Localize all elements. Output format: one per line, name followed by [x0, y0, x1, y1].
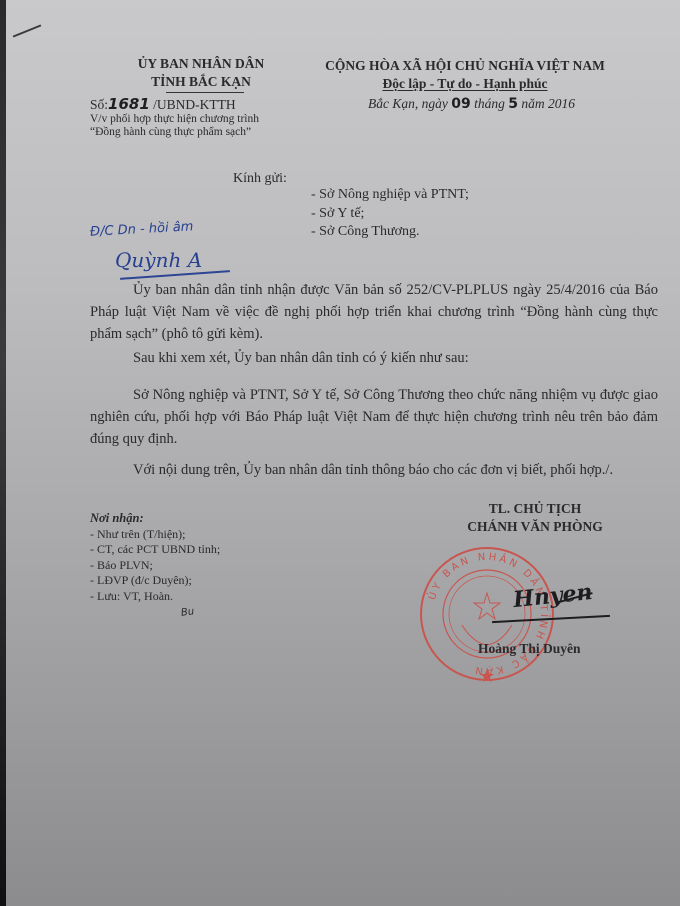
paper-edge-shadow: [0, 0, 6, 906]
subject: V/v phối hợp thực hiện chương trình “Đồn…: [90, 113, 259, 139]
issuer-underline: [166, 92, 244, 93]
date-place: Bắc Kạn, ngày: [368, 96, 448, 111]
issuer-header: ỦY BAN NHÂN DÂN TỈNH BẮC KẠN: [96, 55, 306, 93]
number-handwritten: 1681: [108, 95, 150, 113]
national-motto: Độc lập - Tự do - Hạnh phúc: [305, 75, 625, 93]
body-paragraph: Với nội dung trên, Ủy ban nhân dân tỉnh …: [90, 459, 658, 481]
date-month: 5: [508, 96, 518, 112]
subject-line1: V/v phối hợp thực hiện chương trình: [90, 113, 259, 126]
signer-name: Hoàng Thị Duyên: [478, 641, 581, 657]
clerk-initials: Bu: [180, 606, 195, 619]
document-number: Số:1681 /UBND-KTTH: [90, 95, 236, 113]
recipient: - Sở Nông nghiệp và PTNT;: [311, 186, 469, 205]
number-prefix: Số:: [90, 97, 108, 112]
date-day: 09: [451, 96, 470, 112]
date-year: năm 2016: [521, 96, 575, 111]
body-paragraph: Ủy ban nhân dân tỉnh nhận được Văn bản s…: [90, 279, 658, 345]
issuer-line2: TỈNH BẮC KẠN: [96, 73, 306, 91]
recipient: - Sở Công Thương.: [311, 223, 469, 242]
distribution-item: - Báo PLVN;: [90, 558, 220, 574]
signature-title-line2: CHÁNH VĂN PHÒNG: [440, 518, 630, 536]
addressee-label: Kính gửi:: [233, 171, 287, 187]
handwritten-note: Đ/C Dn - hồi âm: [90, 219, 194, 239]
distribution-title: Nơi nhận:: [90, 511, 220, 527]
distribution-item: - Lưu: VT, Hoàn.: [90, 589, 220, 605]
pen-mark: [13, 24, 42, 37]
issuer-line1: ỦY BAN NHÂN DÂN: [96, 55, 306, 73]
body-paragraph: Sở Nông nghiệp và PTNT, Sở Y tế, Sở Công…: [90, 384, 658, 450]
date-month-label: tháng: [474, 96, 505, 111]
signature-title-line1: TL. CHỦ TỊCH: [440, 500, 630, 518]
body-paragraph: Sau khi xem xét, Ủy ban nhân dân tỉnh có…: [90, 347, 658, 369]
distribution-list: Nơi nhận: - Như trên (T/hiện); - CT, các…: [90, 511, 220, 604]
signature-title: TL. CHỦ TỊCH CHÁNH VĂN PHÒNG: [440, 500, 630, 536]
subject-line2: “Đồng hành cùng thực phẩm sạch”: [90, 126, 259, 139]
number-suffix: /UBND-KTTH: [153, 97, 236, 112]
distribution-item: - Như trên (T/hiện);: [90, 527, 220, 543]
document-date: Bắc Kạn, ngày 09 tháng 5 năm 2016: [368, 96, 575, 112]
addressee-list: - Sở Nông nghiệp và PTNT; - Sở Y tế; - S…: [311, 186, 469, 242]
national-title: CỘNG HÒA XÃ HỘI CHỦ NGHĨA VIỆT NAM: [305, 57, 625, 75]
handwritten-initials: Quỳnh A: [115, 248, 202, 272]
distribution-item: - LĐVP (đ/c Duyên);: [90, 573, 220, 589]
national-header: CỘNG HÒA XÃ HỘI CHỦ NGHĨA VIỆT NAM Độc l…: [305, 57, 625, 93]
recipient: - Sở Y tế;: [311, 205, 469, 224]
distribution-item: - CT, các PCT UBND tỉnh;: [90, 542, 220, 558]
official-stamp-icon: ỦY BAN NHÂN DÂN TỈNH BẮC KẠN: [418, 545, 556, 683]
